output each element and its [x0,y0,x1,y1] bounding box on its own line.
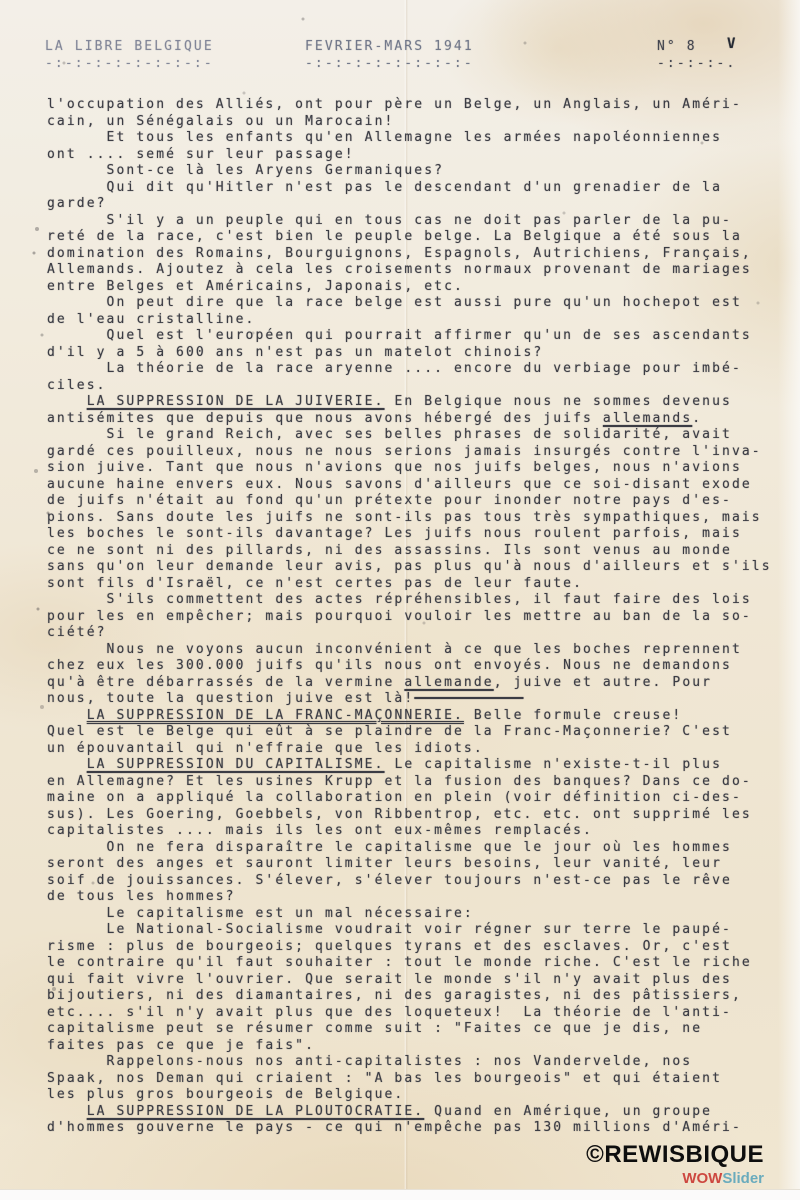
document-line: Si le grand Reich, avec ses belles phras… [47,427,792,444]
separator-left: -:-:-:-:-:-:-:-:- [45,56,214,71]
handwritten-annotation: V [727,36,738,53]
document-line: LA SUPPRESSION DE LA PLOUTOCRATIE. Quand… [47,1104,792,1121]
document-line: aucune haine envers eux. Nous savons d'a… [47,477,792,494]
section-heading: LA SUPPRESSION DE LA JUIVERIE. [87,394,385,409]
document-line: pour les en empêcher; mais pourquoi voul… [47,609,792,626]
document-line: capitalistes .... mais ils les ont eux-m… [47,823,792,840]
document-line: faites pas ce que je fais". [47,1038,792,1055]
document-line: ce ne sont ni des pillards, ni des assas… [47,543,792,560]
paper-specks [0,0,2,2]
document-line: LA SUPPRESSION DU CAPITALISME. Le capita… [47,757,792,774]
document-line: seront des anges et sauront limiter leur… [47,856,792,873]
scan-bottom-edge [0,1189,800,1200]
document-line: etc.... s'il n'y avait plus que des loqu… [47,1005,792,1022]
document-line: nous, toute la question juive est là! [47,691,792,708]
document-line: Quel est l'européen qui pourrait affirme… [47,328,792,345]
document-line: de tous les hommes? [47,889,792,906]
document-line: On peut dire que la race belge est aussi… [47,295,792,312]
document-line: les boches le sont-ils davantage? Les ju… [47,526,792,543]
document-line: domination des Romains, Bourguignons, Es… [47,246,792,263]
watermark-wowslider: WOWSlider [682,1170,764,1187]
section-heading: LA SUPPRESSION DU CAPITALISME. [87,757,385,772]
publication-title: LA LIBRE BELGIQUE [45,39,214,54]
masthead-date: FEVRIER-MARS 1941 -:-:-:-:-:-:-:-:- [305,38,474,72]
document-line: gardé ces pouilleux, nous ne nous serion… [47,444,792,461]
document-line: sont fils d'Israël, ce n'est certes pas … [47,576,792,593]
separator-right: -:-:-:-. [657,56,736,71]
document-line: S'ils commettent des actes répréhensible… [47,592,792,609]
section-heading: LA SUPPRESSION DE LA PLOUTOCRATIE. [87,1104,425,1119]
document-line: un épouvantail qui n'effraie que les idi… [47,741,792,758]
document-line: On ne fera disparaître le capitalisme qu… [47,840,792,857]
document-line: qu'à être débarrassés de la vermine alle… [47,675,792,692]
document-line: pions. Sans doute les juifs ne sont-ils … [47,510,792,527]
document-line: Nous ne voyons aucun inconvénient à ce q… [47,642,792,659]
document-line: S'il y a un peuple qui en tous cas ne do… [47,213,792,230]
document-line: de juifs n'était au fond qu'un prétexte … [47,493,792,510]
document-line: reté de la race, c'est bien le peuple be… [47,229,792,246]
document-line: chez eux les 300.000 juifs qu'ils nous o… [47,658,792,675]
document-line: d'il y a 5 à 600 ans n'est pas un matelo… [47,345,792,362]
document-line: maine on a appliqué la collaboration en … [47,790,792,807]
watermark-slider: Slider [722,1170,764,1187]
document-line: Qui dit qu'Hitler n'est pas le descendan… [47,180,792,197]
document-line: Le capitalisme est un mal nécessaire: [47,906,792,923]
document-line: cain, un Sénégalais ou un Marocain! [47,114,792,131]
document-line: l'occupation des Alliés, ont pour père u… [47,97,792,114]
document-line: les plus gros bourgeois de Belgique. [47,1087,792,1104]
document-line: LA SUPPRESSION DE LA JUIVERIE. En Belgiq… [47,394,792,411]
document-lines: l'occupation des Alliés, ont pour père u… [47,97,792,1137]
document-line: soif de jouissances. S'élever, s'élever … [47,873,792,890]
document-line: de l'eau cristalline. [47,312,792,329]
document-line: Le National-Socialisme voudrait voir rég… [47,922,792,939]
document-line: Spaak, nos Deman qui criaient : "A bas l… [47,1071,792,1088]
document-line: garde? [47,196,792,213]
watermark-copyright: ©REWISBIQUE [586,1141,764,1169]
masthead-publication: LA LIBRE BELGIQUE -:-:-:-:-:-:-:-:- [45,38,214,72]
document-line: bijoutiers, ni des diamantaires, ni des … [47,988,792,1005]
document-line: ciété? [47,625,792,642]
document-line: risme : plus de bourgeois; quelques tyra… [47,939,792,956]
document-line: qui fait vivre l'ouvrier. Que serait le … [47,972,792,989]
screenshot-root: { "header": { "publication": "LA LIBRE B… [0,0,800,1200]
document-line: Et tous les enfants qu'en Allemagne les … [47,130,792,147]
document-line: antisémites que depuis que nous avons hé… [47,411,792,428]
document-line: Allemands. Ajoutez à cela les croisement… [47,262,792,279]
masthead-issue: N° 8 -:-:-:-. [657,38,736,72]
document-line: ont .... semé sur leur passage! [47,147,792,164]
watermark-wow: WOW [682,1170,722,1187]
scanned-document-page: LA LIBRE BELGIQUE -:-:-:-:-:-:-:-:- FEVR… [0,0,800,1200]
document-line: sion juive. Tant que nous n'avions que n… [47,460,792,477]
document-line: Sont-ce là les Aryens Germaniques? [47,163,792,180]
document-line: La théorie de la race aryenne .... encor… [47,361,792,378]
document-line: Rappelons-nous nos anti-capitalistes : n… [47,1054,792,1071]
document-line: sans qu'on leur demande leur avis, pas p… [47,559,792,576]
issue-date: FEVRIER-MARS 1941 [305,39,474,54]
document-line: ciles. [47,378,792,395]
section-heading: LA SUPPRESSION DE LA FRANC-MAÇONNERIE. [87,708,464,723]
document-line: sus). Les Goering, Goebbels, von Ribbent… [47,807,792,824]
separator-center: -:-:-:-:-:-:-:-:- [305,56,474,71]
document-line: en Allemagne? Et les usines Krupp et la … [47,774,792,791]
issue-number: N° 8 [657,39,697,54]
document-line: LA SUPPRESSION DE LA FRANC-MAÇONNERIE. B… [47,708,792,725]
document-line: capitalisme peut se résumer comme suit :… [47,1021,792,1038]
document-line: d'hommes gouverne le pays - ce qui n'emp… [47,1120,792,1137]
document-line: Quel est le Belge qui eût à se plaindre … [47,724,792,741]
document-line: le contraire qu'il faut souhaiter : tout… [47,955,792,972]
document-line: entre Belges et Américains, Japonais, et… [47,279,792,296]
